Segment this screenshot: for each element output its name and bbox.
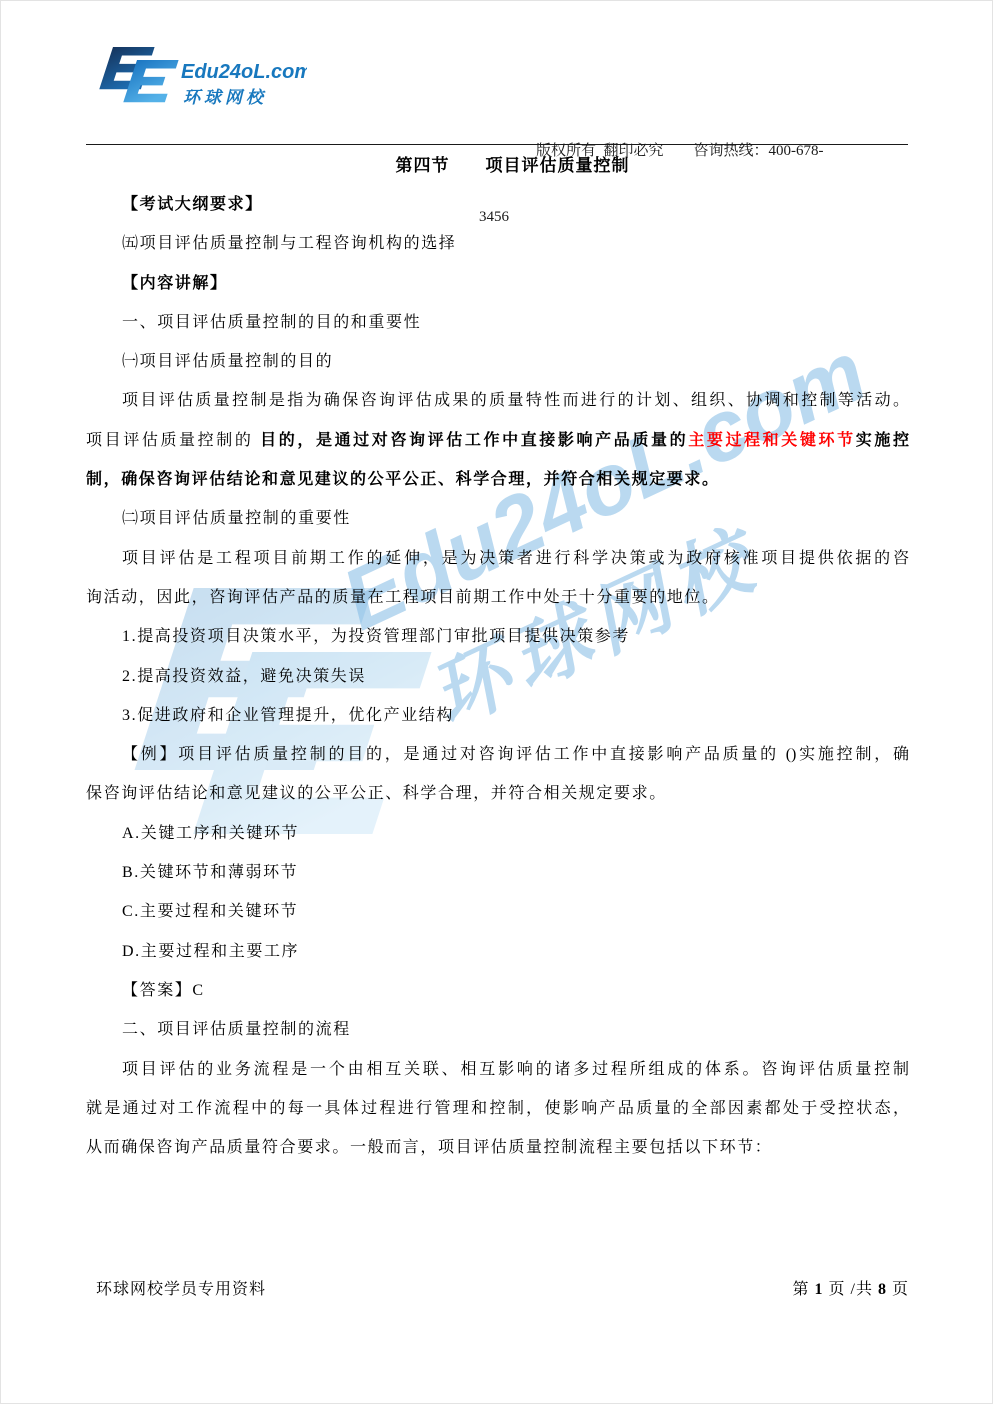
footer-note: 环球网校学员专用资料 <box>86 1276 266 1299</box>
document-body: 第四节 项目评估质量控制 【考试大纲要求】 ㈤项目评估质量控制与工程咨询机构的选… <box>86 147 909 1167</box>
page-label: 页 /共 <box>824 1281 878 1298</box>
option-c: C.主要过程和关键环节 <box>86 892 909 931</box>
page-label: 第 <box>793 1281 815 1298</box>
heading-line: ㈠项目评估质量控制的目的 <box>86 342 909 381</box>
paragraph-line: 制，确保咨询评估结论和意见建议的公平公正、科学合理，并符合相关规定要求。 <box>86 460 909 499</box>
answer-line: 【答案】C <box>86 971 909 1010</box>
page-title: 第四节 项目评估质量控制 <box>86 147 909 185</box>
paragraph-line: 从而确保咨询产品质量符合要求。一般而言，项目评估质量控制流程主要包括以下环节： <box>86 1128 909 1167</box>
option-b: B.关键环节和薄弱环节 <box>86 853 909 892</box>
paragraph-line: 项目评估是工程项目前期工作的延伸，是为决策者进行科学决策或为政府核准项目提供依据… <box>86 539 909 578</box>
page-number: 1 <box>815 1281 824 1298</box>
example-line: 【例】项目评估质量控制的目的，是通过对咨询评估工作中直接影响产品质量的 ()实施… <box>86 735 909 774</box>
section-heading: 【考试大纲要求】 <box>86 185 909 224</box>
page-indicator: 第 1 页 /共 8 页 <box>793 1276 909 1299</box>
list-item: 2.提高投资效益，避免决策失误 <box>86 657 909 696</box>
page-footer: 环球网校学员专用资料 第 1 页 /共 8 页 <box>86 1271 909 1303</box>
paragraph-line: 项目评估质量控制的 目的，是通过对咨询评估工作中直接影响产品质量的主要过程和关键… <box>86 421 909 460</box>
heading-line: 二、项目评估质量控制的流程 <box>86 1010 909 1049</box>
heading-line: 一、项目评估质量控制的目的和重要性 <box>86 303 909 342</box>
paragraph-line: 就是通过对工作流程中的每一具体过程进行管理和控制，使影响产品质量的全部因素都处于… <box>86 1089 909 1128</box>
text-segment-bold: 实施控 <box>856 432 909 449</box>
edu24ol-logo-icon <box>99 47 178 102</box>
text-segment-highlight: 主要过程和关键环节 <box>688 432 856 449</box>
text-line: ㈤项目评估质量控制与工程咨询机构的选择 <box>86 224 909 263</box>
text-segment-bold: 目的，是通过对咨询评估工作中直接影响产品质量的 <box>260 432 688 449</box>
edu24ol-logo: Edu24oL.com 环球网校 <box>97 45 307 117</box>
list-item: 1.提高投资项目决策水平，为投资管理部门审批项目提供决策参考 <box>86 617 909 656</box>
list-item: 3.促进政府和企业管理提升，优化产业结构 <box>86 696 909 735</box>
option-d: D.主要过程和主要工序 <box>86 932 909 971</box>
heading-line: ㈡项目评估质量控制的重要性 <box>86 499 909 538</box>
header-divider <box>86 144 908 145</box>
logo-brand-text: Edu24oL.com <box>181 61 307 83</box>
page-total: 8 <box>878 1281 887 1298</box>
page-label: 页 <box>887 1281 909 1298</box>
example-line: 保咨询评估结论和意见建议的公平公正、科学合理，并符合相关规定要求。 <box>86 774 909 813</box>
text-segment: 项目评估质量控制的 <box>86 432 260 449</box>
paragraph-line: 项目评估的业务流程是一个由相互关联、相互影响的诸多过程所组成的体系。咨询评估质量… <box>86 1050 909 1089</box>
section-heading: 【内容讲解】 <box>86 264 909 303</box>
logo-brand-cn-text: 环球网校 <box>183 88 267 107</box>
paragraph-line: 项目评估质量控制是指为确保咨询评估成果的质量特性而进行的计划、组织、协调和控制等… <box>86 381 909 420</box>
paragraph-line: 询活动，因此，咨询评估产品的质量在工程项目前期工作中处于十分重要的地位。 <box>86 578 909 617</box>
option-a: A.关键工序和关键环节 <box>86 814 909 853</box>
document-page: Edu24oL.com 环球网校 Edu24oL.com 环球网校 版权所有 翻… <box>0 0 993 1404</box>
